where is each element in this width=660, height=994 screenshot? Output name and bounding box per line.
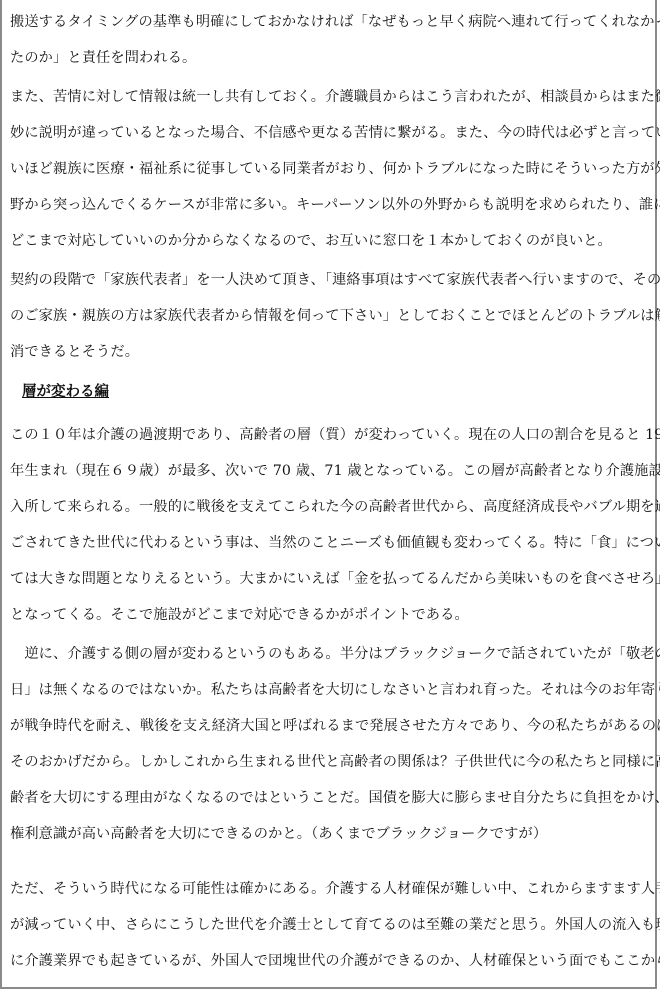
paragraph-line: ただ、そういう時代になる可能性は確かにある。介護する人材確保が難しい中、これから…: [10, 880, 660, 898]
paragraph-line: のご家族・親族の方は家族代表者から情報を伺って下さい」としておくことでほとんどの…: [10, 307, 660, 325]
paragraph-line: が減っていく中、さらにこうした世代を介護士として育てるのは至難の業だと思う。外国…: [10, 916, 660, 934]
paragraph-line: 野から突っ込んでくるケースが非常に多い。キーパーソン以外の外野からも説明を求めら…: [10, 196, 660, 214]
paragraph-line: ごされてきた世代に代わるという事は、当然のことニーズも価値観も変わってくる。特に…: [10, 534, 660, 552]
section-heading: 層が変わる編: [22, 383, 109, 401]
paragraph-line: 日」は無くなるのではないか。私たちは高齢者を大切にしなさいと言われ育った。それは…: [10, 681, 660, 699]
paragraph-line: 年生まれ（現在６９歳）が最多、次いで 70 歳、71 歳となっている。この層が高…: [10, 462, 660, 480]
paragraph-line: たのか」と責任を問われる。: [10, 49, 196, 67]
paragraph-line: どこまで対応していいのか分からなくなるので、お互いに窓口を１本かしておくのが良い…: [10, 232, 612, 250]
paragraph-line: 妙に説明が違っているとなった場合、不信感や更なる苦情に繋がる。また、今の時代は必…: [10, 124, 660, 142]
paragraph-line: 搬送するタイミングの基準も明確にしておかなければ「なぜもっと早く病院へ連れて行っ…: [10, 13, 660, 31]
paragraph-line: 齢者を大切にする理由がなくなるのではということだ。国債を膨大に膨らませ自分たちに…: [10, 789, 660, 807]
paragraph-line: また、苦情に対して情報は統一し共有しておく。介護職員からはこう言われたが、相談員…: [10, 88, 660, 106]
paragraph-line: 権利意識が高い高齢者を大切にできるのかと。（あくまでブラックジョークですが）: [10, 825, 547, 843]
paragraph-line: に介護業界でも起きているが、外国人で団塊世代の介護ができるのか、人材確保という面…: [10, 952, 660, 970]
paragraph-line: 逆に、介護する側の層が変わるというのもある。半分はブラックジョークで話されていた…: [10, 645, 660, 663]
paragraph-line: この１０年は介護の過渡期であり、高齢者の層（質）が変わっていく。現在の人口の割合…: [10, 426, 660, 444]
paragraph-line: 入所して来られる。一般的に戦後を支えてこられた今の高齢者世代から、高度経済成長や…: [10, 498, 660, 516]
paragraph-line: 契約の段階で「家族代表者」を一人決めて頂き、「連絡事項はすべて家族代表者へ行いま…: [10, 271, 660, 289]
paragraph-line: いほど親族に医療・福祉系に従事している同業者がおり、何かトラブルになった時にそう…: [10, 160, 660, 178]
paragraph-line: となってくる。そこで施設がどこまで対応できるかがポイントである。: [10, 606, 469, 624]
paragraph-line: ては大きな問題となりえるという。大まかにいえば「金を払ってるんだから美味いものを…: [10, 570, 660, 588]
paragraph-line: 消できるとそうだ。: [10, 343, 139, 361]
paragraph-line: が戦争時代を耐え、戦後を支え経済大国と呼ばれるまで発展させた方々であり、今の私た…: [10, 717, 660, 735]
paragraph-line: そのおかげだから。しかしこれから生まれる世代と高齢者の関係は？子供世代に今の私た…: [10, 753, 660, 771]
document-page: 搬送するタイミングの基準も明確にしておかなければ「なぜもっと早く病院へ連れて行っ…: [0, 0, 657, 989]
